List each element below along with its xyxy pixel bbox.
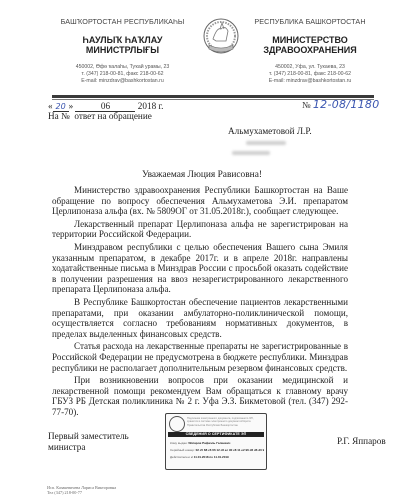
- salutation: Уважаемая Люция Рависовна!: [0, 170, 404, 180]
- body-paragraph: Минздравом республики с целью обеспечени…: [52, 242, 348, 295]
- redacted-address-line: [232, 151, 270, 155]
- body-paragraph: При возникновении вопросов при оказании …: [52, 375, 348, 417]
- body-paragraph: Статья расхода на лекарственные препарат…: [52, 341, 348, 373]
- letter-page: БАШҠОРТОСТАН РЕСПУБЛИКАҺЫ ҺАУЛЫҠ ҺАҠЛАУ …: [0, 0, 404, 504]
- coat-of-arms-icon: [201, 17, 241, 59]
- signer-name: Р.Г. Яппаров: [337, 436, 386, 446]
- contact-block-russian: 450002, Уфа, ул. Тукаева, 23 т. (347) 21…: [240, 64, 380, 85]
- letter-body: Министерство здравоохранения Республики …: [52, 185, 348, 419]
- addressee-name: Альмухаметовой Л.Р.: [228, 126, 312, 136]
- republic-name-bashkir: БАШҠОРТОСТАН РЕСПУБЛИКАҺЫ: [40, 17, 205, 26]
- body-paragraph: В Республике Башкортостан обеспечение па…: [52, 297, 348, 339]
- date-year: 2018 г.: [138, 101, 164, 111]
- letterhead-russian: РЕСПУБЛИКА БАШКОРТОСТАН МИНИСТЕРСТВО ЗДР…: [240, 17, 380, 85]
- redacted-address-line: [246, 141, 286, 145]
- ministry-name-bashkir: ҺАУЛЫҠ ҺАҠЛАУ МИНИСТРЛЫҒЫ: [40, 35, 205, 55]
- contact-block-bashkir: 450002, Өфө ҡалаһы, Туҡай урамы, 23 т. (…: [40, 64, 205, 85]
- body-paragraph: Министерство здравоохранения Республики …: [52, 185, 348, 217]
- outgoing-number-value: 12-08/1180: [313, 98, 380, 111]
- certificate-serial: Серийный номер: 02 c5 88 c6 66 12 c8 ec …: [170, 448, 264, 452]
- certificate-title: СВЕДЕНИЯ О СЕРТИФИКАТЕ ЭП: [168, 432, 264, 437]
- reference-line: На № ответ на обращение: [48, 111, 152, 121]
- e-signature-certificate-stamp: Подлинник электронного документа, подпис…: [165, 413, 267, 470]
- certificate-validity: Действителен: с 11.01.2018 по 11.01.2019: [170, 455, 264, 459]
- executor-info: Исп. Казакевичева Лариса Викторовна Тел …: [47, 485, 116, 495]
- outgoing-number: № 12-08/1180: [302, 98, 380, 111]
- certificate-note: Подлинник электронного документа, подпис…: [187, 417, 264, 427]
- certificate-emblem-icon: [169, 416, 185, 432]
- certificate-owner: Кому выдан: Яппаров Рафаэль Галиевич: [170, 441, 264, 445]
- ministry-name-russian: МИНИСТЕРСТВО ЗДРАВООХРАНЕНИЯ: [240, 35, 380, 55]
- body-paragraph: Лекарственный препарат Церлипоназа альфа…: [52, 219, 348, 240]
- republic-name-russian: РЕСПУБЛИКА БАШКОРТОСТАН: [240, 17, 380, 26]
- letterhead-bashkir: БАШҠОРТОСТАН РЕСПУБЛИКАҺЫ ҺАУЛЫҠ ҺАҠЛАУ …: [40, 17, 205, 85]
- signer-title: Первый заместитель министра: [48, 431, 129, 453]
